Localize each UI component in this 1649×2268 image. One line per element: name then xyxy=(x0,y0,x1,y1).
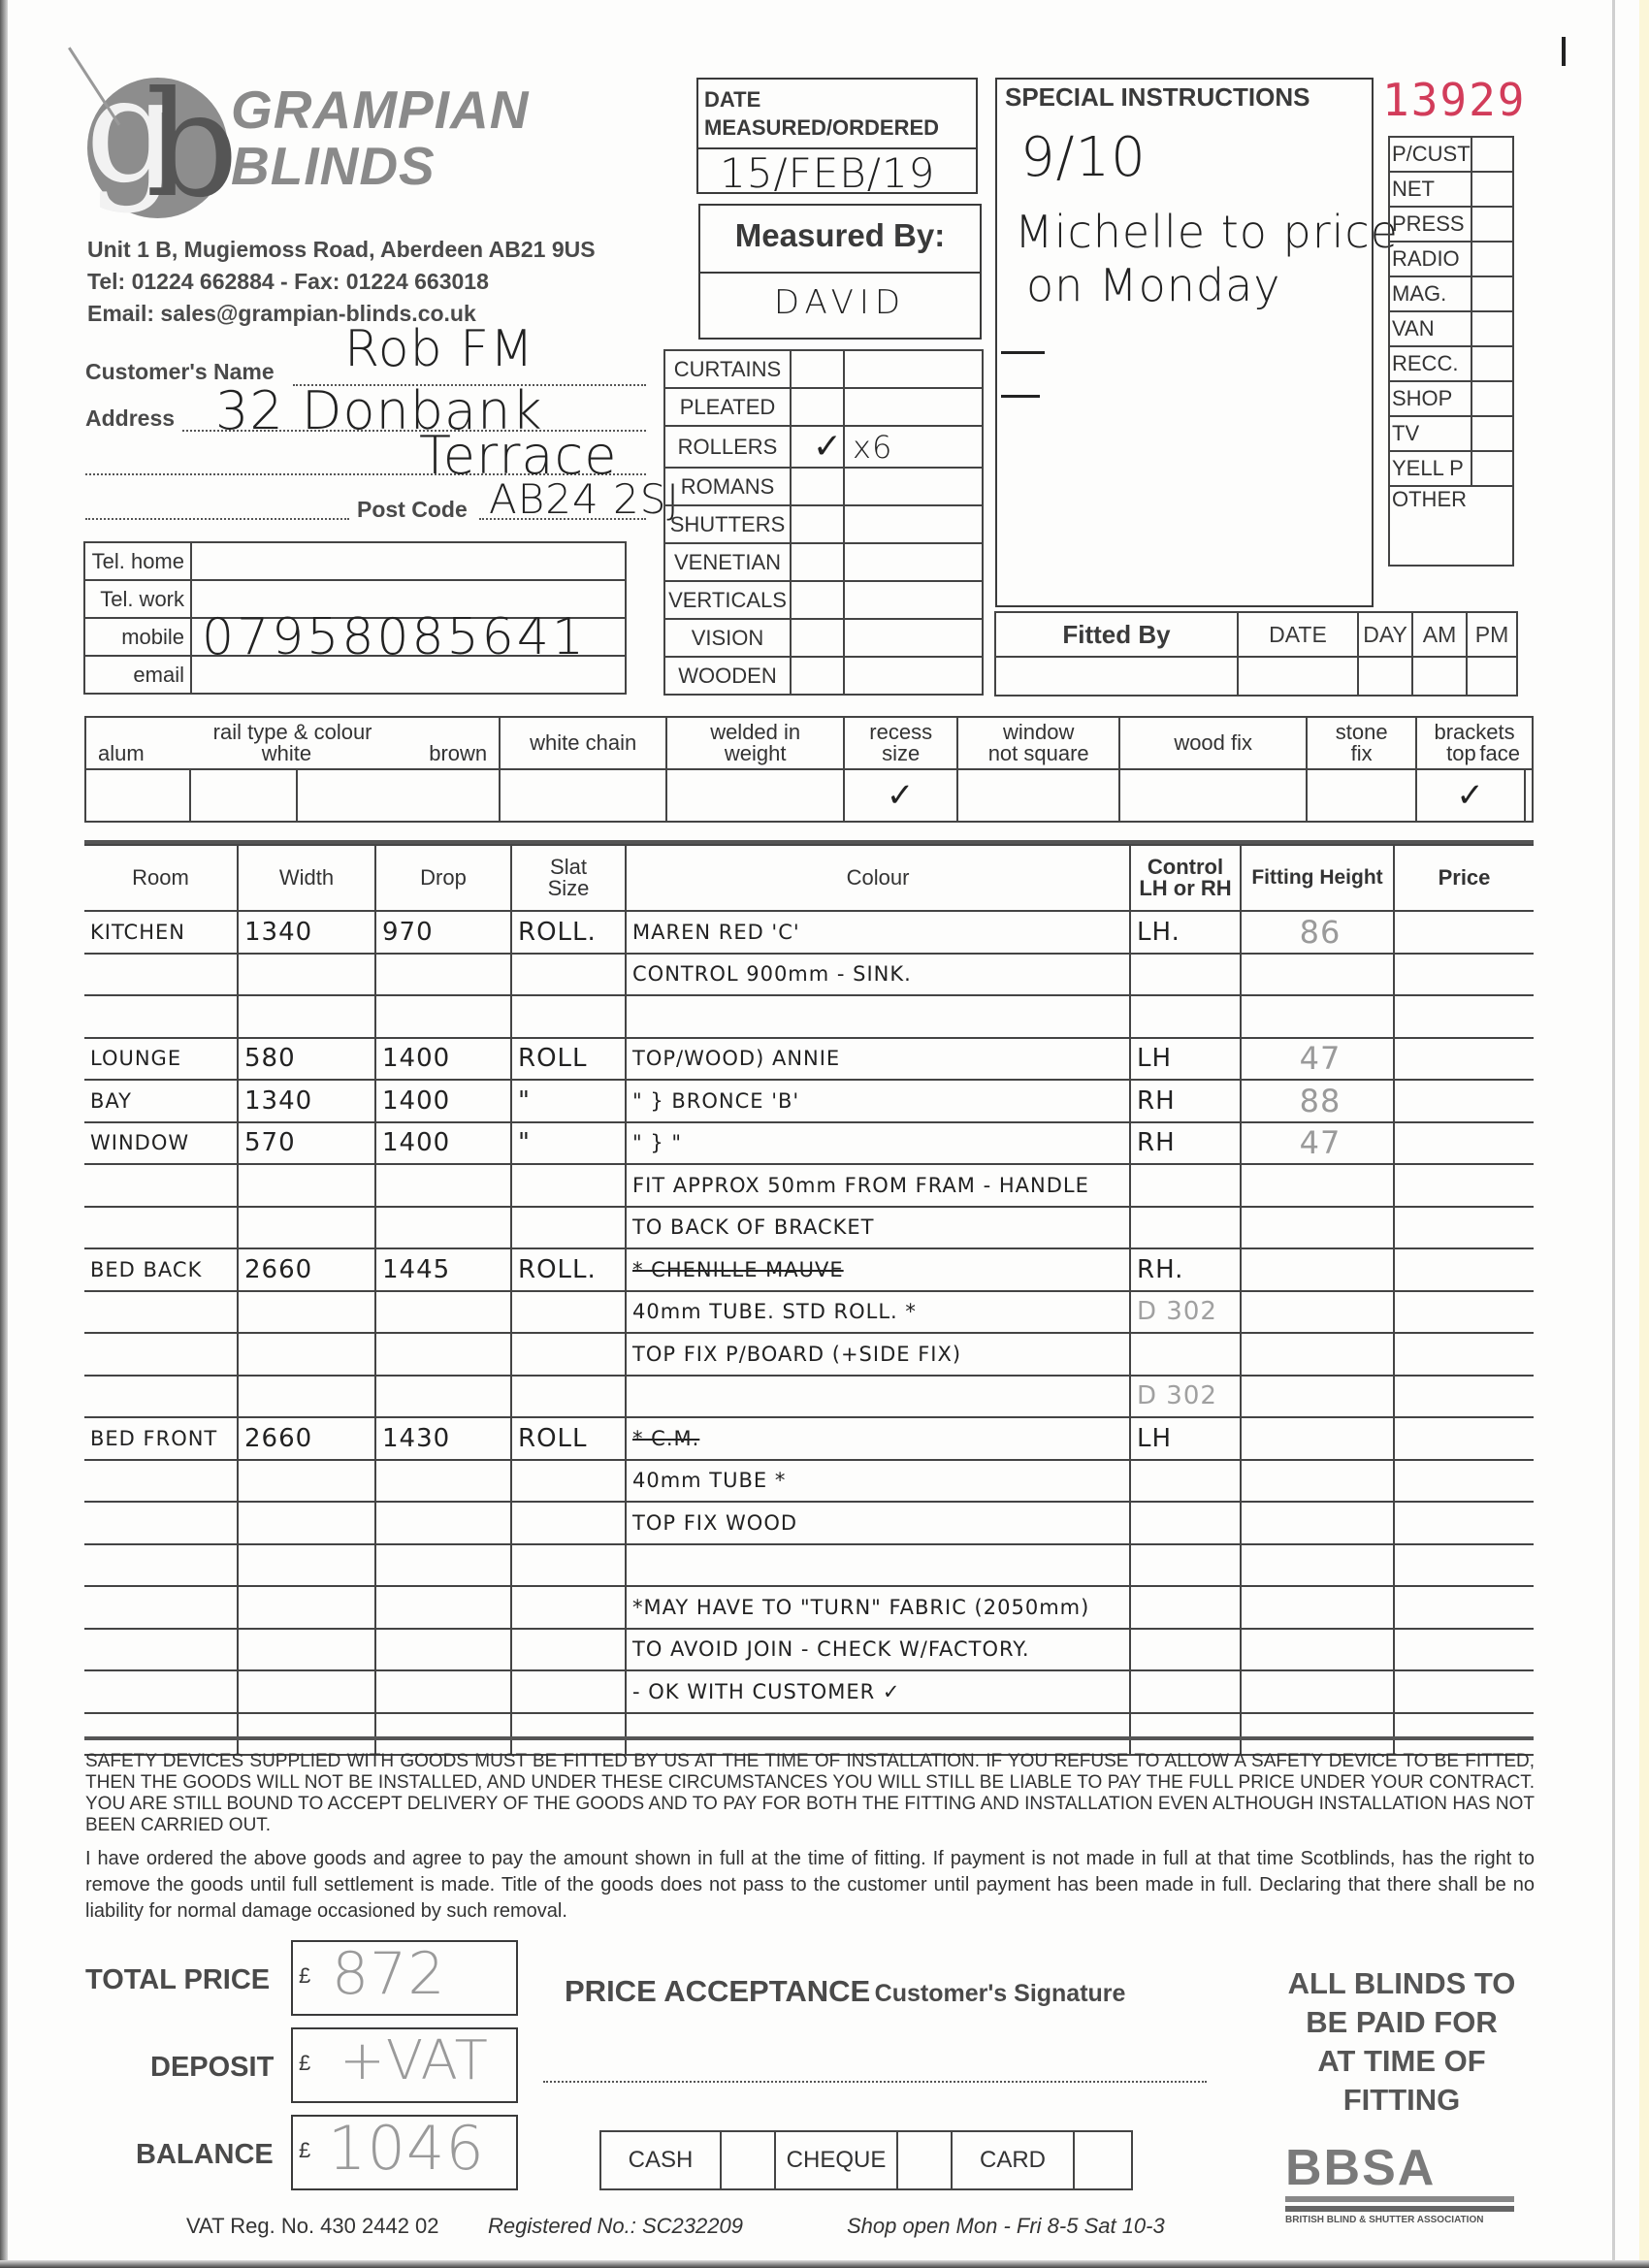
source-item-checkbox[interactable] xyxy=(1471,416,1513,451)
payment-card-checkbox[interactable] xyxy=(1074,2131,1132,2189)
row-room[interactable] xyxy=(84,1502,238,1544)
vat-reg: VAT Reg. No. 430 2442 02 xyxy=(186,2214,439,2239)
source-item-label: RECC. xyxy=(1389,346,1471,381)
row-room[interactable]: BED BACK xyxy=(84,1248,238,1291)
row-width[interactable] xyxy=(238,1376,375,1418)
row-fitting-height[interactable]: 47 xyxy=(1241,1038,1394,1081)
row-colour[interactable]: *MAY HAVE TO "TURN" FABRIC (2050mm) xyxy=(626,1586,1130,1629)
row-room[interactable] xyxy=(84,1333,238,1376)
special-instructions-box: SPECIAL INSTRUCTIONS 9/10 Michelle to pr… xyxy=(995,78,1374,607)
row-control[interactable] xyxy=(1130,1670,1241,1713)
blind-type-qty[interactable] xyxy=(844,388,983,426)
row-control[interactable]: RH xyxy=(1130,1122,1241,1165)
source-item-checkbox[interactable] xyxy=(1471,346,1513,381)
row-fitting-height[interactable]: 47 xyxy=(1241,1122,1394,1165)
blind-type-label: WOODEN xyxy=(664,657,791,695)
fitted-am-label: AM xyxy=(1412,612,1467,657)
row-drop[interactable] xyxy=(375,1333,511,1376)
row-drop[interactable] xyxy=(375,1544,511,1587)
row-drop[interactable]: 1400 xyxy=(375,1122,511,1165)
table-row: D 302 xyxy=(84,1376,1534,1418)
payment-cash-label: CASH xyxy=(600,2131,721,2189)
row-price[interactable] xyxy=(1394,1544,1534,1587)
blind-type-qty[interactable] xyxy=(844,619,983,657)
source-item-checkbox[interactable] xyxy=(1471,276,1513,311)
source-item-checkbox[interactable] xyxy=(1471,137,1513,172)
white-chain-label: white chain xyxy=(500,717,666,769)
signature-line[interactable] xyxy=(543,2081,1207,2083)
row-colour[interactable]: " } BRONCE 'B' xyxy=(626,1080,1130,1122)
source-item-checkbox[interactable] xyxy=(1471,311,1513,346)
table-row: BAY13401400"" } BRONCE 'B'RH88 xyxy=(84,1080,1534,1122)
table-row: 40mm TUBE * xyxy=(84,1460,1534,1503)
deposit-field[interactable]: £ +VAT xyxy=(291,2027,518,2103)
blind-type-qty[interactable] xyxy=(844,657,983,695)
row-drop[interactable] xyxy=(375,1207,511,1249)
row-fitting-height[interactable] xyxy=(1241,1502,1394,1544)
blind-type-qty[interactable] xyxy=(844,505,983,543)
row-room[interactable] xyxy=(84,1164,238,1207)
source-item-checkbox[interactable] xyxy=(1471,172,1513,207)
row-width[interactable] xyxy=(238,1291,375,1334)
row-room[interactable] xyxy=(84,1460,238,1503)
recess-size-checkbox[interactable]: ✓ xyxy=(844,769,957,822)
row-width[interactable]: 2660 xyxy=(238,1248,375,1291)
row-slat-size[interactable] xyxy=(511,1164,626,1207)
order-table-bottom-rule xyxy=(84,1736,1534,1740)
row-drop[interactable]: 1445 xyxy=(375,1248,511,1291)
contacts-table: Tel. home Tel. work mobile07958085641 em… xyxy=(83,541,627,695)
table-row: 40mm TUBE. STD ROLL. *D 302 xyxy=(84,1291,1534,1334)
payment-cheque-checkbox[interactable] xyxy=(897,2131,952,2189)
row-room[interactable]: BAY xyxy=(84,1080,238,1122)
source-item-label: NET xyxy=(1389,172,1471,207)
brackets-header: brackets top face xyxy=(1416,717,1533,769)
special-instructions-line3[interactable]: on Monday xyxy=(1026,259,1281,311)
blind-type-qty[interactable] xyxy=(844,581,983,619)
row-fitting-height[interactable] xyxy=(1241,1417,1394,1460)
shop-hours: Shop open Mon - Fri 8-5 Sat 10-3 xyxy=(847,2214,1165,2239)
rail-alum-checkbox[interactable] xyxy=(85,769,190,822)
row-colour[interactable] xyxy=(626,1544,1130,1587)
fitted-am-field[interactable] xyxy=(1412,657,1467,696)
row-drop[interactable] xyxy=(375,1376,511,1418)
row-width[interactable] xyxy=(238,1502,375,1544)
order-number: 13929 xyxy=(1382,74,1526,126)
col-colour: Colour xyxy=(626,845,1130,911)
table-row: WINDOW5701400"" } "RH47 xyxy=(84,1122,1534,1165)
row-control[interactable]: D 302 xyxy=(1130,1376,1241,1418)
white-chain-checkbox[interactable] xyxy=(500,769,666,822)
balance-value: 1046 xyxy=(328,2113,485,2184)
row-room[interactable] xyxy=(84,954,238,996)
row-control[interactable] xyxy=(1130,1586,1241,1629)
row-fitting-height[interactable] xyxy=(1241,1713,1394,1756)
source-item-checkbox[interactable] xyxy=(1471,451,1513,486)
scan-edge-bottom xyxy=(0,2260,1649,2268)
row-colour[interactable]: TOP FIX P/BOARD (+SIDE FIX) xyxy=(626,1333,1130,1376)
payment-cheque-label: CHEQUE xyxy=(775,2131,897,2189)
measured-by-box: Measured By: DAVID xyxy=(698,204,982,340)
row-drop[interactable] xyxy=(375,1164,511,1207)
price-acceptance-title: PRICE ACCEPTANCE xyxy=(565,1974,870,2008)
row-price[interactable] xyxy=(1394,1586,1534,1629)
row-slat-size[interactable] xyxy=(511,1207,626,1249)
row-drop[interactable] xyxy=(375,1629,511,1671)
row-width[interactable] xyxy=(238,1460,375,1503)
rail-white-label: white xyxy=(262,743,311,764)
row-width[interactable] xyxy=(238,1713,375,1756)
row-fitting-height[interactable]: 88 xyxy=(1241,1080,1394,1122)
row-price[interactable] xyxy=(1394,1122,1534,1165)
row-colour[interactable]: * CHENILLE MAUVE xyxy=(626,1248,1130,1291)
blind-type-label: ROLLERS xyxy=(664,426,791,468)
blind-type-label: CURTAINS xyxy=(664,350,791,388)
scan-edge-left xyxy=(0,0,8,2268)
blind-type-qty[interactable]: x6 xyxy=(844,426,983,468)
row-price[interactable] xyxy=(1394,1713,1534,1756)
blind-type-label: VISION xyxy=(664,619,791,657)
special-instructions-line2[interactable]: Michelle to price xyxy=(1015,206,1399,258)
blind-type-tick[interactable] xyxy=(791,581,844,619)
stone-fix-checkbox[interactable] xyxy=(1307,769,1416,822)
source-other-field[interactable]: OTHER xyxy=(1389,486,1513,566)
row-control[interactable] xyxy=(1130,1333,1241,1376)
row-width[interactable]: 1340 xyxy=(238,1080,375,1122)
row-fitting-height[interactable] xyxy=(1241,995,1394,1038)
company-name-line2: BLINDS xyxy=(231,138,529,194)
row-drop[interactable] xyxy=(375,1586,511,1629)
contact-label: Tel. work xyxy=(84,580,191,618)
scan-mark xyxy=(1562,37,1566,66)
row-fitting-height[interactable] xyxy=(1241,1376,1394,1418)
row-colour[interactable] xyxy=(626,995,1130,1038)
row-width[interactable] xyxy=(238,1544,375,1587)
fitted-by-table: Fitted By DATE DAY AM PM xyxy=(994,611,1518,697)
row-colour[interactable]: TO AVOID JOIN - CHECK W/FACTORY. xyxy=(626,1629,1130,1671)
table-row: FIT APPROX 50mm FROM FRAM - HANDLE xyxy=(84,1164,1534,1207)
blind-type-tick[interactable] xyxy=(791,543,844,581)
source-list: P/CUST NET PRESS RADIO MAG. VAN RECC. SH… xyxy=(1388,136,1514,567)
row-control[interactable]: RH xyxy=(1130,1080,1241,1122)
brackets-label: brackets xyxy=(1417,722,1532,743)
row-control[interactable]: LH xyxy=(1130,1417,1241,1460)
row-price[interactable] xyxy=(1394,911,1534,954)
row-fitting-height[interactable] xyxy=(1241,1629,1394,1671)
fitted-by-field[interactable] xyxy=(995,657,1238,696)
blind-type-tick[interactable] xyxy=(791,657,844,695)
row-price[interactable] xyxy=(1394,1248,1534,1291)
source-item-checkbox[interactable] xyxy=(1471,381,1513,416)
recess-size-label: recesssize xyxy=(844,717,957,769)
row-price[interactable] xyxy=(1394,1460,1534,1503)
mobile-field[interactable]: 07958085641 xyxy=(191,618,626,656)
deposit-label: DEPOSIT xyxy=(150,2052,274,2084)
stone-fix-label: stonefix xyxy=(1307,717,1416,769)
row-room[interactable] xyxy=(84,1670,238,1713)
blind-type-label: VERTICALS xyxy=(664,581,791,619)
row-price[interactable] xyxy=(1394,1417,1534,1460)
balance-field[interactable]: £ 1046 xyxy=(291,2115,518,2190)
row-control[interactable]: D 302 xyxy=(1130,1291,1241,1334)
row-fitting-height[interactable] xyxy=(1241,954,1394,996)
row-price[interactable] xyxy=(1394,1502,1534,1544)
row-room[interactable]: WINDOW xyxy=(84,1122,238,1165)
row-width[interactable]: 1340 xyxy=(238,911,375,954)
row-drop[interactable] xyxy=(375,1291,511,1334)
row-control[interactable]: LH. xyxy=(1130,911,1241,954)
col-price: Price xyxy=(1394,845,1534,911)
payment-notice: ALL BLINDS TO BE PAID FOR AT TIME OF FIT… xyxy=(1251,1964,1552,2120)
blind-type-tick[interactable] xyxy=(791,619,844,657)
row-control[interactable] xyxy=(1130,1713,1241,1756)
row-control[interactable] xyxy=(1130,1544,1241,1587)
postcode-value[interactable]: AB24 2SJ xyxy=(489,475,680,523)
row-width[interactable] xyxy=(238,1586,375,1629)
row-colour[interactable] xyxy=(626,1376,1130,1418)
row-colour[interactable]: TOP/WOOD) ANNIE xyxy=(626,1038,1130,1081)
row-drop[interactable] xyxy=(375,1670,511,1713)
price-acceptance-subtitle: Customer's Signature xyxy=(875,1980,1126,2007)
source-item-label: RADIO xyxy=(1389,242,1471,276)
brackets-top-label: top xyxy=(1446,743,1476,764)
row-fitting-height[interactable] xyxy=(1241,1291,1394,1334)
row-control[interactable]: RH. xyxy=(1130,1248,1241,1291)
row-price[interactable] xyxy=(1394,1376,1534,1418)
row-fitting-height[interactable] xyxy=(1241,1333,1394,1376)
row-colour[interactable]: MAREN RED 'C' xyxy=(626,911,1130,954)
row-fitting-height[interactable] xyxy=(1241,1207,1394,1249)
wood-fix-checkbox[interactable] xyxy=(1119,769,1307,822)
row-price[interactable] xyxy=(1394,1291,1534,1334)
row-control[interactable] xyxy=(1130,1629,1241,1671)
row-control[interactable] xyxy=(1130,1164,1241,1207)
source-item-label: P/CUST xyxy=(1389,137,1471,172)
row-drop[interactable] xyxy=(375,1713,511,1756)
bbsa-logo: BBSA BRITISH BLIND & SHUTTER ASSOCIATION xyxy=(1285,2144,1514,2225)
row-drop[interactable]: 970 xyxy=(375,911,511,954)
row-control[interactable] xyxy=(1130,1502,1241,1544)
brackets-top-checkbox[interactable]: ✓ xyxy=(1416,769,1525,822)
measured-by-label: Measured By: xyxy=(700,206,980,254)
row-fitting-height[interactable] xyxy=(1241,1164,1394,1207)
row-room[interactable]: KITCHEN xyxy=(84,911,238,954)
row-control[interactable] xyxy=(1130,1460,1241,1503)
row-drop[interactable]: 1430 xyxy=(375,1417,511,1460)
blind-type-label: VENETIAN xyxy=(664,543,791,581)
bbsa-subtitle: BRITISH BLIND & SHUTTER ASSOCIATION xyxy=(1285,2215,1514,2225)
date-box: DATE MEASURED/ORDERED 15/FEB/19 xyxy=(696,78,978,194)
registered-no: Registered No.: SC232209 xyxy=(488,2214,743,2239)
blind-type-label: PLEATED xyxy=(664,388,791,426)
row-width[interactable] xyxy=(238,1629,375,1671)
row-width[interactable]: 2660 xyxy=(238,1417,375,1460)
row-colour[interactable] xyxy=(626,1713,1130,1756)
row-colour[interactable]: * C.M. xyxy=(626,1417,1130,1460)
window-not-square-checkbox[interactable] xyxy=(957,769,1119,822)
welded-weight-label: welded inweight xyxy=(666,717,844,769)
row-control[interactable]: LH xyxy=(1130,1038,1241,1081)
row-slat-size[interactable]: " xyxy=(511,1080,626,1122)
row-price[interactable] xyxy=(1394,1333,1534,1376)
row-fitting-height[interactable] xyxy=(1241,1544,1394,1587)
rail-white-checkbox[interactable] xyxy=(190,769,297,822)
row-width[interactable] xyxy=(238,995,375,1038)
row-width[interactable]: 570 xyxy=(238,1122,375,1165)
row-colour[interactable]: - OK WITH CUSTOMER ✓ xyxy=(626,1670,1130,1713)
row-room[interactable]: LOUNGE xyxy=(84,1038,238,1081)
customer-name-value[interactable]: Rob FM xyxy=(344,320,534,378)
fitted-day-field[interactable] xyxy=(1358,657,1412,696)
fitted-pm-label: PM xyxy=(1467,612,1517,657)
options-table: rail type & colour alum white brown whit… xyxy=(84,716,1534,823)
row-slat-size[interactable] xyxy=(511,1502,626,1544)
table-row: BED FRONT26601430ROLL* C.M.LH xyxy=(84,1417,1534,1460)
fitted-date-field[interactable] xyxy=(1238,657,1358,696)
row-room[interactable] xyxy=(84,1207,238,1249)
blind-type-tick[interactable] xyxy=(791,505,844,543)
row-slat-size[interactable] xyxy=(511,1333,626,1376)
row-control[interactable] xyxy=(1130,995,1241,1038)
welded-weight-checkbox[interactable] xyxy=(666,769,844,822)
row-slat-size[interactable] xyxy=(511,1713,626,1756)
row-price[interactable] xyxy=(1394,1207,1534,1249)
row-slat-size[interactable] xyxy=(511,1586,626,1629)
row-control[interactable] xyxy=(1130,954,1241,996)
row-drop[interactable] xyxy=(375,954,511,996)
row-slat-size[interactable] xyxy=(511,1460,626,1503)
row-fitting-height[interactable]: 86 xyxy=(1241,911,1394,954)
row-colour[interactable]: FIT APPROX 50mm FROM FRAM - HANDLE xyxy=(626,1164,1130,1207)
row-slat-size[interactable]: ROLL xyxy=(511,1038,626,1081)
fitted-pm-field[interactable] xyxy=(1467,657,1517,696)
row-room[interactable] xyxy=(84,1291,238,1334)
row-slat-size[interactable]: ROLL. xyxy=(511,1248,626,1291)
fitted-date-label: DATE xyxy=(1238,612,1358,657)
blind-type-qty[interactable] xyxy=(844,543,983,581)
row-price[interactable] xyxy=(1394,995,1534,1038)
row-room[interactable] xyxy=(84,1586,238,1629)
rail-brown-checkbox[interactable] xyxy=(297,769,500,822)
row-drop[interactable] xyxy=(375,995,511,1038)
row-price[interactable] xyxy=(1394,1670,1534,1713)
row-colour[interactable]: 40mm TUBE * xyxy=(626,1460,1130,1503)
address-label: Address xyxy=(85,405,175,432)
row-price[interactable] xyxy=(1394,954,1534,996)
blind-type-tick[interactable] xyxy=(791,388,844,426)
row-drop[interactable]: 1400 xyxy=(375,1080,511,1122)
table-row: TOP FIX P/BOARD (+SIDE FIX) xyxy=(84,1333,1534,1376)
row-slat-size[interactable]: ROLL. xyxy=(511,911,626,954)
row-price[interactable] xyxy=(1394,1038,1534,1081)
blind-type-qty[interactable] xyxy=(844,468,983,505)
table-row: TOP FIX WOOD xyxy=(84,1502,1534,1544)
row-slat-size[interactable] xyxy=(511,1291,626,1334)
row-colour[interactable]: 40mm TUBE. STD ROLL. * xyxy=(626,1291,1130,1334)
row-slat-size[interactable] xyxy=(511,1629,626,1671)
special-instructions-line1[interactable]: 9/10 xyxy=(1020,126,1147,189)
date-value[interactable]: 15/FEB/19 xyxy=(720,149,935,197)
order-table: Room Width Drop SlatSize Colour ControlL… xyxy=(84,840,1534,1756)
blind-types-table: CURTAINS PLEATED ROLLERS✓x6 ROMANS SHUTT… xyxy=(663,349,984,696)
company-phone-fax: Tel: 01224 662884 - Fax: 01224 663018 xyxy=(87,269,489,295)
row-room[interactable] xyxy=(84,1376,238,1418)
row-width[interactable] xyxy=(238,954,375,996)
row-room[interactable] xyxy=(84,995,238,1038)
total-price-field[interactable]: £ 872 xyxy=(291,1940,518,2016)
row-price[interactable] xyxy=(1394,1629,1534,1671)
blind-type-qty[interactable] xyxy=(844,350,983,388)
row-fitting-height[interactable] xyxy=(1241,1460,1394,1503)
row-drop[interactable]: 1400 xyxy=(375,1038,511,1081)
row-slat-size[interactable]: " xyxy=(511,1122,626,1165)
blind-type-tick[interactable] xyxy=(791,468,844,505)
rail-type-label: rail type & colour xyxy=(86,722,499,743)
row-room[interactable] xyxy=(84,1713,238,1756)
date-label: DATE MEASURED/ORDERED xyxy=(698,80,976,142)
measured-by-value[interactable]: DAVID xyxy=(700,283,980,322)
source-item-checkbox[interactable] xyxy=(1471,242,1513,276)
row-fitting-height[interactable] xyxy=(1241,1670,1394,1713)
row-colour[interactable]: " } " xyxy=(626,1122,1130,1165)
table-row: - OK WITH CUSTOMER ✓ xyxy=(84,1670,1534,1713)
special-instructions-label: SPECIAL INSTRUCTIONS xyxy=(997,80,1372,115)
row-colour[interactable]: TOP FIX WOOD xyxy=(626,1502,1130,1544)
tel-home-field[interactable] xyxy=(191,542,626,580)
blind-type-tick[interactable]: ✓ xyxy=(791,426,844,468)
row-drop[interactable] xyxy=(375,1460,511,1503)
payment-card-label: CARD xyxy=(952,2131,1074,2189)
table-row: TO AVOID JOIN - CHECK W/FACTORY. xyxy=(84,1629,1534,1671)
brackets-face-checkbox[interactable] xyxy=(1525,769,1533,822)
row-slat-size[interactable] xyxy=(511,1376,626,1418)
table-row xyxy=(84,995,1534,1038)
row-room[interactable] xyxy=(84,1629,238,1671)
contact-label: email xyxy=(84,656,191,694)
row-fitting-height[interactable] xyxy=(1241,1586,1394,1629)
rail-type-header: rail type & colour alum white brown xyxy=(85,717,500,769)
source-item-label: YELL P xyxy=(1389,451,1471,486)
row-fitting-height[interactable] xyxy=(1241,1248,1394,1291)
notice-line4: FITTING xyxy=(1251,2081,1552,2120)
total-price-value: 872 xyxy=(332,1940,446,2008)
row-slat-size[interactable] xyxy=(511,954,626,996)
col-slat-size: SlatSize xyxy=(511,845,626,911)
source-item-checkbox[interactable] xyxy=(1471,207,1513,242)
row-width[interactable] xyxy=(238,1164,375,1207)
fitted-by-label: Fitted By xyxy=(995,612,1238,657)
row-colour[interactable]: CONTROL 900mm - SINK. xyxy=(626,954,1130,996)
row-slat-size[interactable] xyxy=(511,1670,626,1713)
row-drop[interactable] xyxy=(375,1502,511,1544)
company-name: GRAMPIAN BLINDS xyxy=(231,81,529,194)
row-price[interactable] xyxy=(1394,1164,1534,1207)
row-width[interactable] xyxy=(238,1207,375,1249)
row-width[interactable] xyxy=(238,1333,375,1376)
payment-cash-checkbox[interactable] xyxy=(721,2131,775,2189)
row-slat-size[interactable] xyxy=(511,1544,626,1587)
row-slat-size[interactable] xyxy=(511,995,626,1038)
row-room[interactable] xyxy=(84,1544,238,1587)
row-slat-size[interactable]: ROLL xyxy=(511,1417,626,1460)
row-colour[interactable]: TO BACK OF BRACKET xyxy=(626,1207,1130,1249)
row-price[interactable] xyxy=(1394,1080,1534,1122)
row-width[interactable] xyxy=(238,1670,375,1713)
blind-type-tick[interactable] xyxy=(791,350,844,388)
row-room[interactable]: BED FRONT xyxy=(84,1417,238,1460)
row-width[interactable]: 580 xyxy=(238,1038,375,1081)
row-control[interactable] xyxy=(1130,1207,1241,1249)
